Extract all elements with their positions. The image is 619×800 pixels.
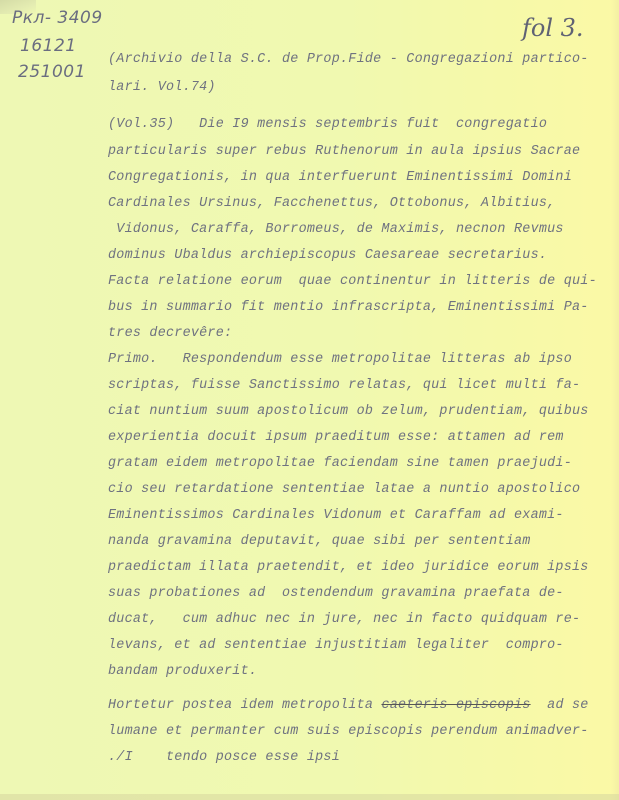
- body-line: Facta relatione eorum quae continentur i…: [108, 274, 597, 289]
- body-line: ./I tendo posce esse ipsi: [108, 750, 340, 765]
- body-line: Vidonus, Caraffa, Borromeus, de Maximis,…: [108, 222, 564, 237]
- text-segment: Hortetur postea idem metropolita: [108, 698, 381, 713]
- body-line: Eminentissimos Cardinales Vidonum et Car…: [108, 508, 564, 523]
- struck-out-text: caeteris episcopis: [381, 698, 530, 713]
- document-page: Ркл- 3409 16121 251001 fol 3. (Archivio …: [0, 0, 619, 800]
- page-right-edge: [611, 0, 619, 800]
- text-segment: ad se: [531, 698, 589, 713]
- body-line: bandam produxerit.: [108, 664, 257, 679]
- body-line: cio seu retardatione sententiae latae a …: [108, 482, 580, 497]
- body-line: particularis super rebus Ruthenorum in a…: [108, 144, 580, 159]
- body-line: suas probationes ad ostendendum gravamin…: [108, 586, 564, 601]
- handwritten-number-2: 251001: [18, 62, 86, 82]
- header-line: (Archivio della S.C. de Prop.Fide - Cong…: [108, 52, 589, 67]
- body-line: scriptas, fuisse Sanctissimo relatas, qu…: [108, 378, 580, 393]
- handwritten-folio-number: fol 3.: [522, 14, 584, 42]
- body-line: (Vol.35) Die I9 mensis septembris fuit c…: [108, 117, 547, 132]
- page-bottom-edge: [0, 794, 619, 800]
- body-line: nanda gravamina deputavit, quae sibi per…: [108, 534, 531, 549]
- body-line: gratam eidem metropolitae faciendam sine…: [108, 456, 572, 471]
- body-line: praedictam illata praetendit, et ideo ju…: [108, 560, 589, 575]
- body-line: Cardinales Ursinus, Facchenettus, Ottobo…: [108, 196, 555, 211]
- handwritten-number-1: 16121: [20, 36, 77, 56]
- body-line: ciat nuntium suum apostolicum ob zelum, …: [108, 404, 589, 419]
- body-line: experientia docuit ipsum praeditum esse:…: [108, 430, 564, 445]
- body-line: dominus Ubaldus archiepiscopus Caesareae…: [108, 248, 547, 263]
- body-line: lumane et permanter cum suis episcopis p…: [108, 724, 589, 739]
- body-line: Congregationis, in qua interfuerunt Emin…: [108, 170, 572, 185]
- body-line: bus in summario fit mentio infrascripta,…: [108, 300, 589, 315]
- body-line: ducat, cum adhuc nec in jure, nec in fac…: [108, 612, 580, 627]
- body-line-with-strikeout: Hortetur postea idem metropolita caeteri…: [108, 698, 589, 713]
- body-line: tres decrevêre:: [108, 326, 232, 341]
- body-line: Primo. Respondendum esse metropolitae li…: [108, 352, 572, 367]
- header-line: lari. Vol.74): [108, 80, 216, 95]
- body-line: levans, et ad sententiae injustitiam leg…: [108, 638, 564, 653]
- handwritten-archive-code: Ркл- 3409: [12, 8, 103, 28]
